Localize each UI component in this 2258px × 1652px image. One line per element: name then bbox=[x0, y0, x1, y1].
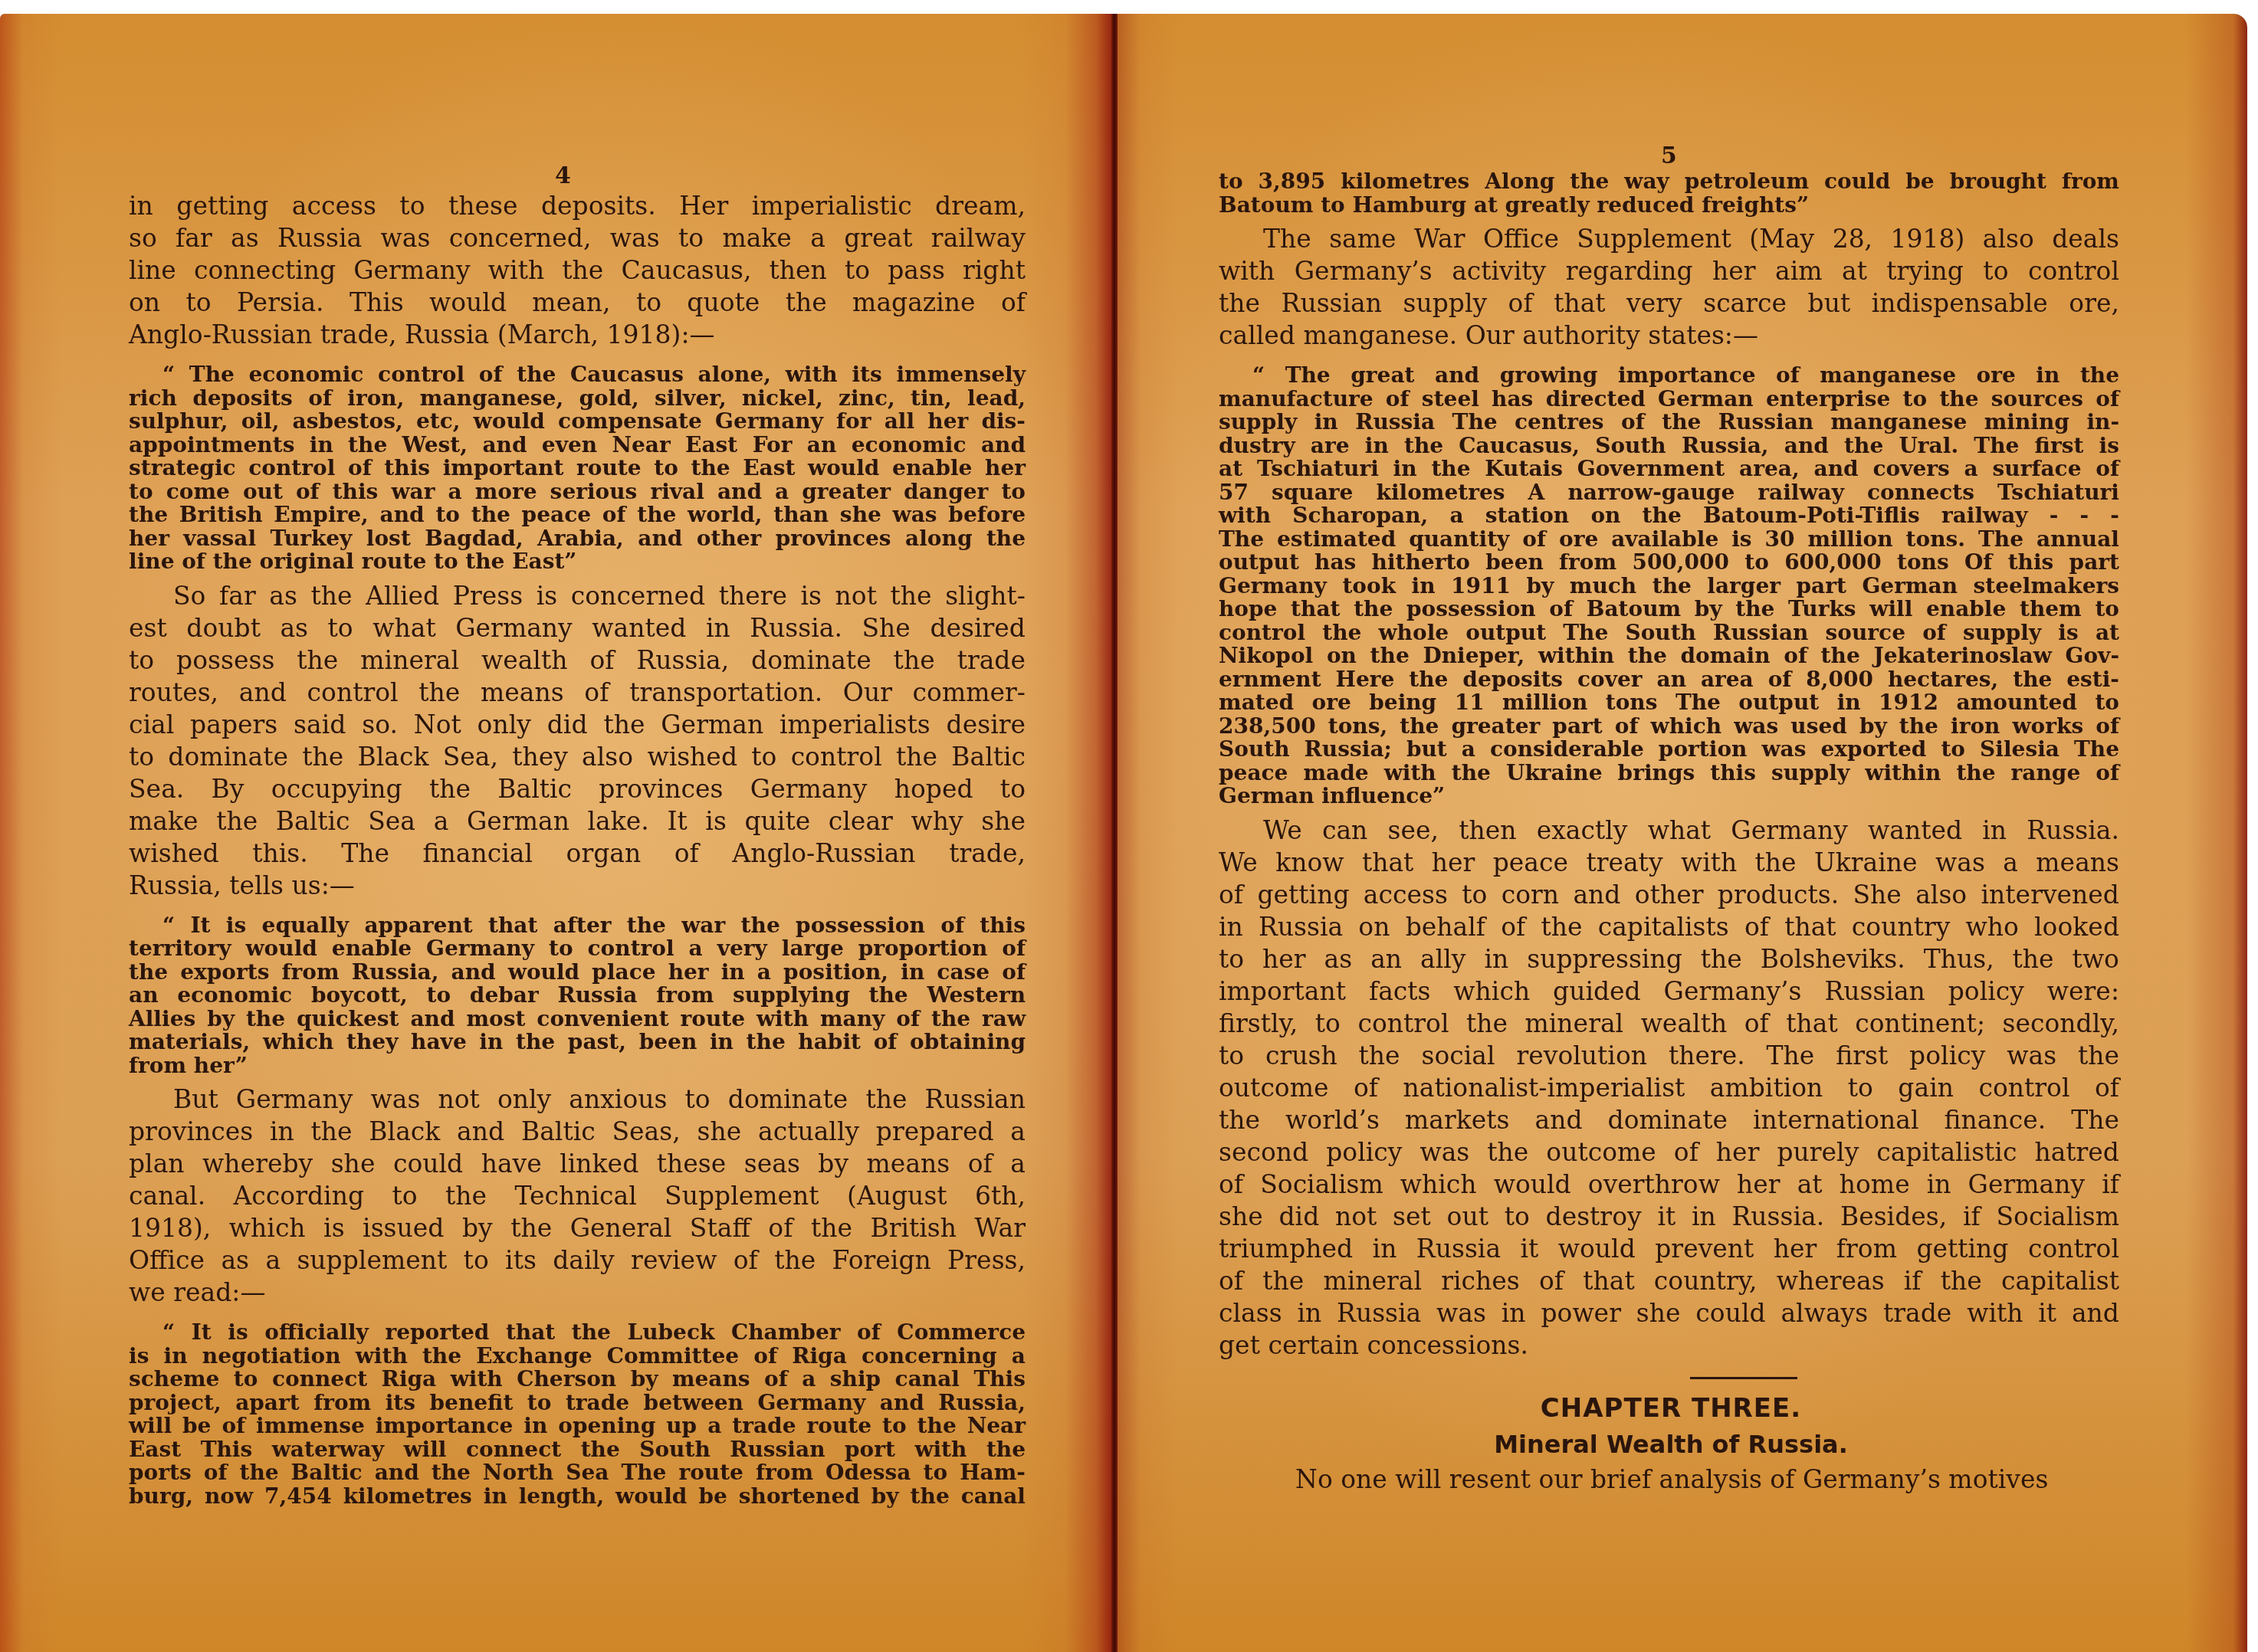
text-line: class in Russia was in power she could a… bbox=[1219, 1297, 2119, 1329]
text-line: 57 square kilometres A narrow-gauge rail… bbox=[1219, 481, 2119, 505]
chapter-divider-rule bbox=[1690, 1377, 1797, 1379]
text-line: manufacture of steel has directed German… bbox=[1219, 388, 2119, 411]
text-line: the world’s markets and dominate interna… bbox=[1219, 1104, 2119, 1136]
text-line: “ The economic control of the Caucasus a… bbox=[129, 363, 1026, 387]
text-line: German influence” bbox=[1219, 785, 2119, 808]
text-line: to come out of this war a more serious r… bbox=[129, 480, 1026, 504]
text-line: an economic boycott, to debar Russia fro… bbox=[129, 984, 1026, 1008]
text-line: to crush the social revolution there. Th… bbox=[1219, 1040, 2119, 1072]
text-line: We can see, then exactly what Germany wa… bbox=[1219, 815, 2119, 847]
text-line: Sea. By occupying the Baltic provinces G… bbox=[129, 773, 1026, 805]
text-line: ports of the Baltic and the North Sea Th… bbox=[129, 1461, 1026, 1485]
text-line: to 3,895 kilometres Along the way petrol… bbox=[1219, 170, 2119, 194]
chapter-heading: CHAPTER THREE. bbox=[1211, 1393, 2131, 1424]
text-line: project, apart from its benefit to trade… bbox=[129, 1391, 1026, 1415]
text-line: scheme to connect Riga with Cherson by m… bbox=[129, 1368, 1026, 1391]
text-line: triumphed in Russia it would prevent her… bbox=[1219, 1233, 2119, 1265]
block-quote: to 3,895 kilometres Along the way petrol… bbox=[1219, 170, 2119, 217]
text-line: firstly, to control the mineral wealth o… bbox=[1219, 1008, 2119, 1040]
text-line: supply in Russia The centres of the Russ… bbox=[1219, 411, 2119, 434]
text-line: in Russia on behalf of the capitalists o… bbox=[1219, 911, 2119, 943]
text-line: provinces in the Black and Baltic Seas, … bbox=[129, 1116, 1026, 1148]
block-quote: “ It is officially reported that the Lub… bbox=[129, 1321, 1026, 1508]
paragraph-spacing bbox=[129, 574, 1026, 580]
text-line: est doubt as to what Germany wanted in R… bbox=[129, 612, 1026, 644]
text-line: The estimated quantity of ore available … bbox=[1219, 528, 2119, 552]
text-line: in getting access to these deposits. Her… bbox=[129, 190, 1026, 222]
text-line: important facts which guided Germany’s R… bbox=[1219, 975, 2119, 1008]
text-line: hope that the possession of Batoum by th… bbox=[1219, 598, 2119, 621]
text-line: 238,500 tons, the greater part of which … bbox=[1219, 715, 2119, 739]
text-line: to her as an ally in suppressing the Bol… bbox=[1219, 943, 2119, 975]
text-line: Batoum to Hamburg at greatly reduced fre… bbox=[1219, 194, 2119, 218]
text-line: ernment Here the deposits cover an area … bbox=[1219, 668, 2119, 692]
chapter-opening-line: No one will resent our brief analysis of… bbox=[1295, 1464, 2123, 1496]
text-line: cial papers said so. Not only did the Ge… bbox=[129, 709, 1026, 741]
text-line: outcome of nationalist-imperialist ambit… bbox=[1219, 1072, 2119, 1104]
paragraph: But Germany was not only anxious to domi… bbox=[129, 1083, 1026, 1309]
text-line: called manganese. Our authority states:— bbox=[1219, 320, 2119, 352]
paragraph-spacing bbox=[129, 1077, 1026, 1083]
text-line: 1918), which is issued by the General St… bbox=[129, 1212, 1026, 1244]
text-line: Germany took in 1911 by much the larger … bbox=[1219, 575, 2119, 598]
text-line: appointments in the West, and even Near … bbox=[129, 434, 1026, 457]
text-line: Russia, tells us:— bbox=[129, 870, 1026, 902]
text-line: she did not set out to destroy it in Rus… bbox=[1219, 1201, 2119, 1233]
text-line: to dominate the Black Sea, they also wis… bbox=[129, 741, 1026, 773]
paragraph: So far as the Allied Press is concerned … bbox=[129, 580, 1026, 902]
chapter-subtitle: Mineral Wealth of Russia. bbox=[1211, 1430, 2131, 1459]
paragraph-spacing bbox=[1219, 808, 2119, 815]
text-line: make the Baltic Sea a German lake. It is… bbox=[129, 805, 1026, 837]
text-line: The same War Office Supplement (May 28, … bbox=[1219, 223, 2119, 255]
paragraph: We can see, then exactly what Germany wa… bbox=[1219, 815, 2119, 1362]
text-line: canal. According to the Technical Supple… bbox=[129, 1180, 1026, 1212]
text-line: to possess the mineral wealth of Russia,… bbox=[129, 644, 1026, 677]
text-line: plan whereby she could have linked these… bbox=[129, 1148, 1026, 1180]
text-line: with Germany’s activity regarding her ai… bbox=[1219, 255, 2119, 287]
text-line: so far as Russia was concerned, was to m… bbox=[129, 222, 1026, 254]
page-number-left: 4 bbox=[555, 162, 571, 189]
text-line: her vassal Turkey lost Bagdad, Arabia, a… bbox=[129, 527, 1026, 551]
text-line: output has hitherto been from 500,000 to… bbox=[1219, 551, 2119, 575]
text-line: Anglo-Russian trade, Russia (March, 1918… bbox=[129, 319, 1026, 351]
text-line: Office as a supplement to its daily revi… bbox=[129, 1244, 1026, 1277]
text-line: Nikopol on the Dnieper, within the domai… bbox=[1219, 644, 2119, 668]
text-line: second policy was the outcome of her pur… bbox=[1219, 1136, 2119, 1169]
paragraph-spacing bbox=[1219, 217, 2119, 223]
text-line: territory would enable Germany to contro… bbox=[129, 937, 1026, 961]
text-line: on to Persia. This would mean, to quote … bbox=[129, 287, 1026, 319]
text-line: from her” bbox=[129, 1054, 1026, 1078]
text-line: the exports from Russia, and would place… bbox=[129, 961, 1026, 985]
text-line: rich deposits of iron, manganese, gold, … bbox=[129, 387, 1026, 411]
block-quote: “ It is equally apparent that after the … bbox=[129, 914, 1026, 1078]
text-line: at Tschiaturi in the Kutais Government a… bbox=[1219, 457, 2119, 481]
paragraph: in getting access to these deposits. Her… bbox=[129, 190, 1026, 351]
page-number-right: 5 bbox=[1661, 143, 1677, 169]
block-quote: “ The great and growing importance of ma… bbox=[1219, 364, 2119, 808]
text-line: of the mineral riches of that country, w… bbox=[1219, 1265, 2119, 1297]
text-line: line of the original route to the East” bbox=[129, 550, 1026, 574]
text-line: line connecting Germany with the Caucasu… bbox=[129, 254, 1026, 287]
text-line: with Scharopan, a station on the Batoum-… bbox=[1219, 504, 2119, 528]
text-line: South Russia; but a considerable portion… bbox=[1219, 738, 2119, 762]
text-line: the Russian supply of that very scarce b… bbox=[1219, 287, 2119, 320]
right-page-text: to 3,895 kilometres Along the way petrol… bbox=[1219, 170, 2119, 1362]
text-line: “ The great and growing importance of ma… bbox=[1219, 364, 2119, 388]
text-line: strategic control of this important rout… bbox=[129, 457, 1026, 480]
text-line: we read:— bbox=[129, 1277, 1026, 1309]
text-line: Allies by the quickest and most convenie… bbox=[129, 1008, 1026, 1031]
text-line: burg, now 7,454 kilometres in length, wo… bbox=[129, 1485, 1026, 1509]
text-line: of getting access to corn and other prod… bbox=[1219, 879, 2119, 911]
text-line: will be of immense importance in opening… bbox=[129, 1414, 1026, 1438]
book-binding-gutter bbox=[1111, 14, 1118, 1652]
text-line: is in negotiation with the Exchange Comm… bbox=[129, 1345, 1026, 1368]
text-line: East This waterway will connect the Sout… bbox=[129, 1438, 1026, 1462]
text-line: “ It is officially reported that the Lub… bbox=[129, 1321, 1026, 1345]
text-line: “ It is equally apparent that after the … bbox=[129, 914, 1026, 938]
text-line: materials, which they have in the past, … bbox=[129, 1031, 1026, 1054]
text-line: peace made with the Ukraine brings this … bbox=[1219, 762, 2119, 785]
text-line: sulphur, oil, asbestos, etc, would compe… bbox=[129, 410, 1026, 434]
paragraph: The same War Office Supplement (May 28, … bbox=[1219, 223, 2119, 352]
text-line: wished this. The financial organ of Angl… bbox=[129, 837, 1026, 870]
text-line: control the whole output The South Russi… bbox=[1219, 621, 2119, 645]
left-page-text: in getting access to these deposits. Her… bbox=[129, 190, 1026, 1508]
text-line: of Socialism which would overthrow her a… bbox=[1219, 1169, 2119, 1201]
text-line: get certain concessions. bbox=[1219, 1329, 2119, 1362]
text-line: mated ore being 11 million tons The outp… bbox=[1219, 691, 2119, 715]
text-line: But Germany was not only anxious to domi… bbox=[129, 1083, 1026, 1116]
text-line: dustry are in the Caucasus, South Russia… bbox=[1219, 434, 2119, 458]
text-line: We know that her peace treaty with the U… bbox=[1219, 847, 2119, 879]
text-line: So far as the Allied Press is concerned … bbox=[129, 580, 1026, 612]
block-quote: “ The economic control of the Caucasus a… bbox=[129, 363, 1026, 574]
text-line: routes, and control the means of transpo… bbox=[129, 677, 1026, 709]
text-line: the British Empire, and to the peace of … bbox=[129, 503, 1026, 527]
